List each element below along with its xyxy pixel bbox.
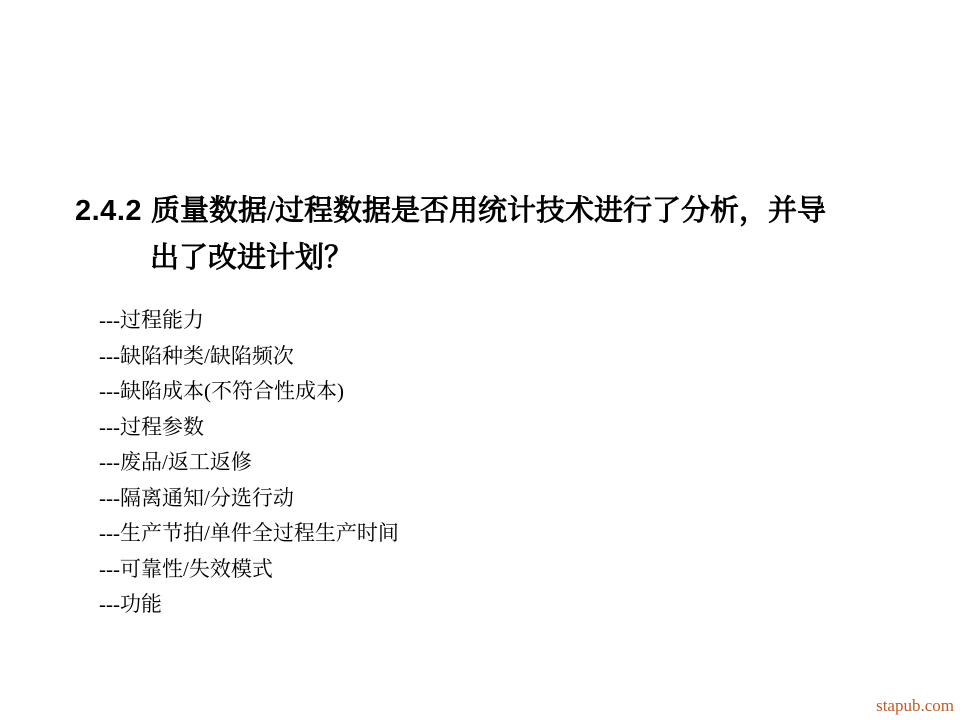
slide-title-text-line2: 出了改进计划？ — [150, 235, 826, 282]
slide-title-section-number: 2.4.2 — [75, 195, 142, 227]
list-item: ---过程能力 — [99, 303, 399, 339]
slide-title: 2.4.2质量数据/过程数据是否用统计技术进行了分析，并导 出了改进计划？ — [75, 188, 826, 282]
list-item: ---缺陷种类/缺陷频次 — [99, 339, 399, 375]
bullet-list: ---过程能力 ---缺陷种类/缺陷频次 ---缺陷成本(不符合性成本) ---… — [99, 303, 399, 623]
list-item: ---缺陷成本(不符合性成本) — [99, 374, 399, 410]
list-item: ---隔离通知/分选行动 — [99, 481, 399, 517]
slide-title-line1: 2.4.2质量数据/过程数据是否用统计技术进行了分析，并导 — [75, 188, 826, 235]
list-item: ---废品/返工返修 — [99, 445, 399, 481]
presentation-slide: 2.4.2质量数据/过程数据是否用统计技术进行了分析，并导 出了改进计划？ --… — [0, 0, 960, 720]
list-item: ---可靠性/失效模式 — [99, 552, 399, 588]
list-item: ---功能 — [99, 587, 399, 623]
list-item: ---过程参数 — [99, 410, 399, 446]
slide-title-text-line1: 质量数据/过程数据是否用统计技术进行了分析，并导 — [151, 195, 826, 227]
list-item: ---生产节拍/单件全过程生产时间 — [99, 516, 399, 552]
watermark-text: stapub.com — [876, 696, 954, 716]
